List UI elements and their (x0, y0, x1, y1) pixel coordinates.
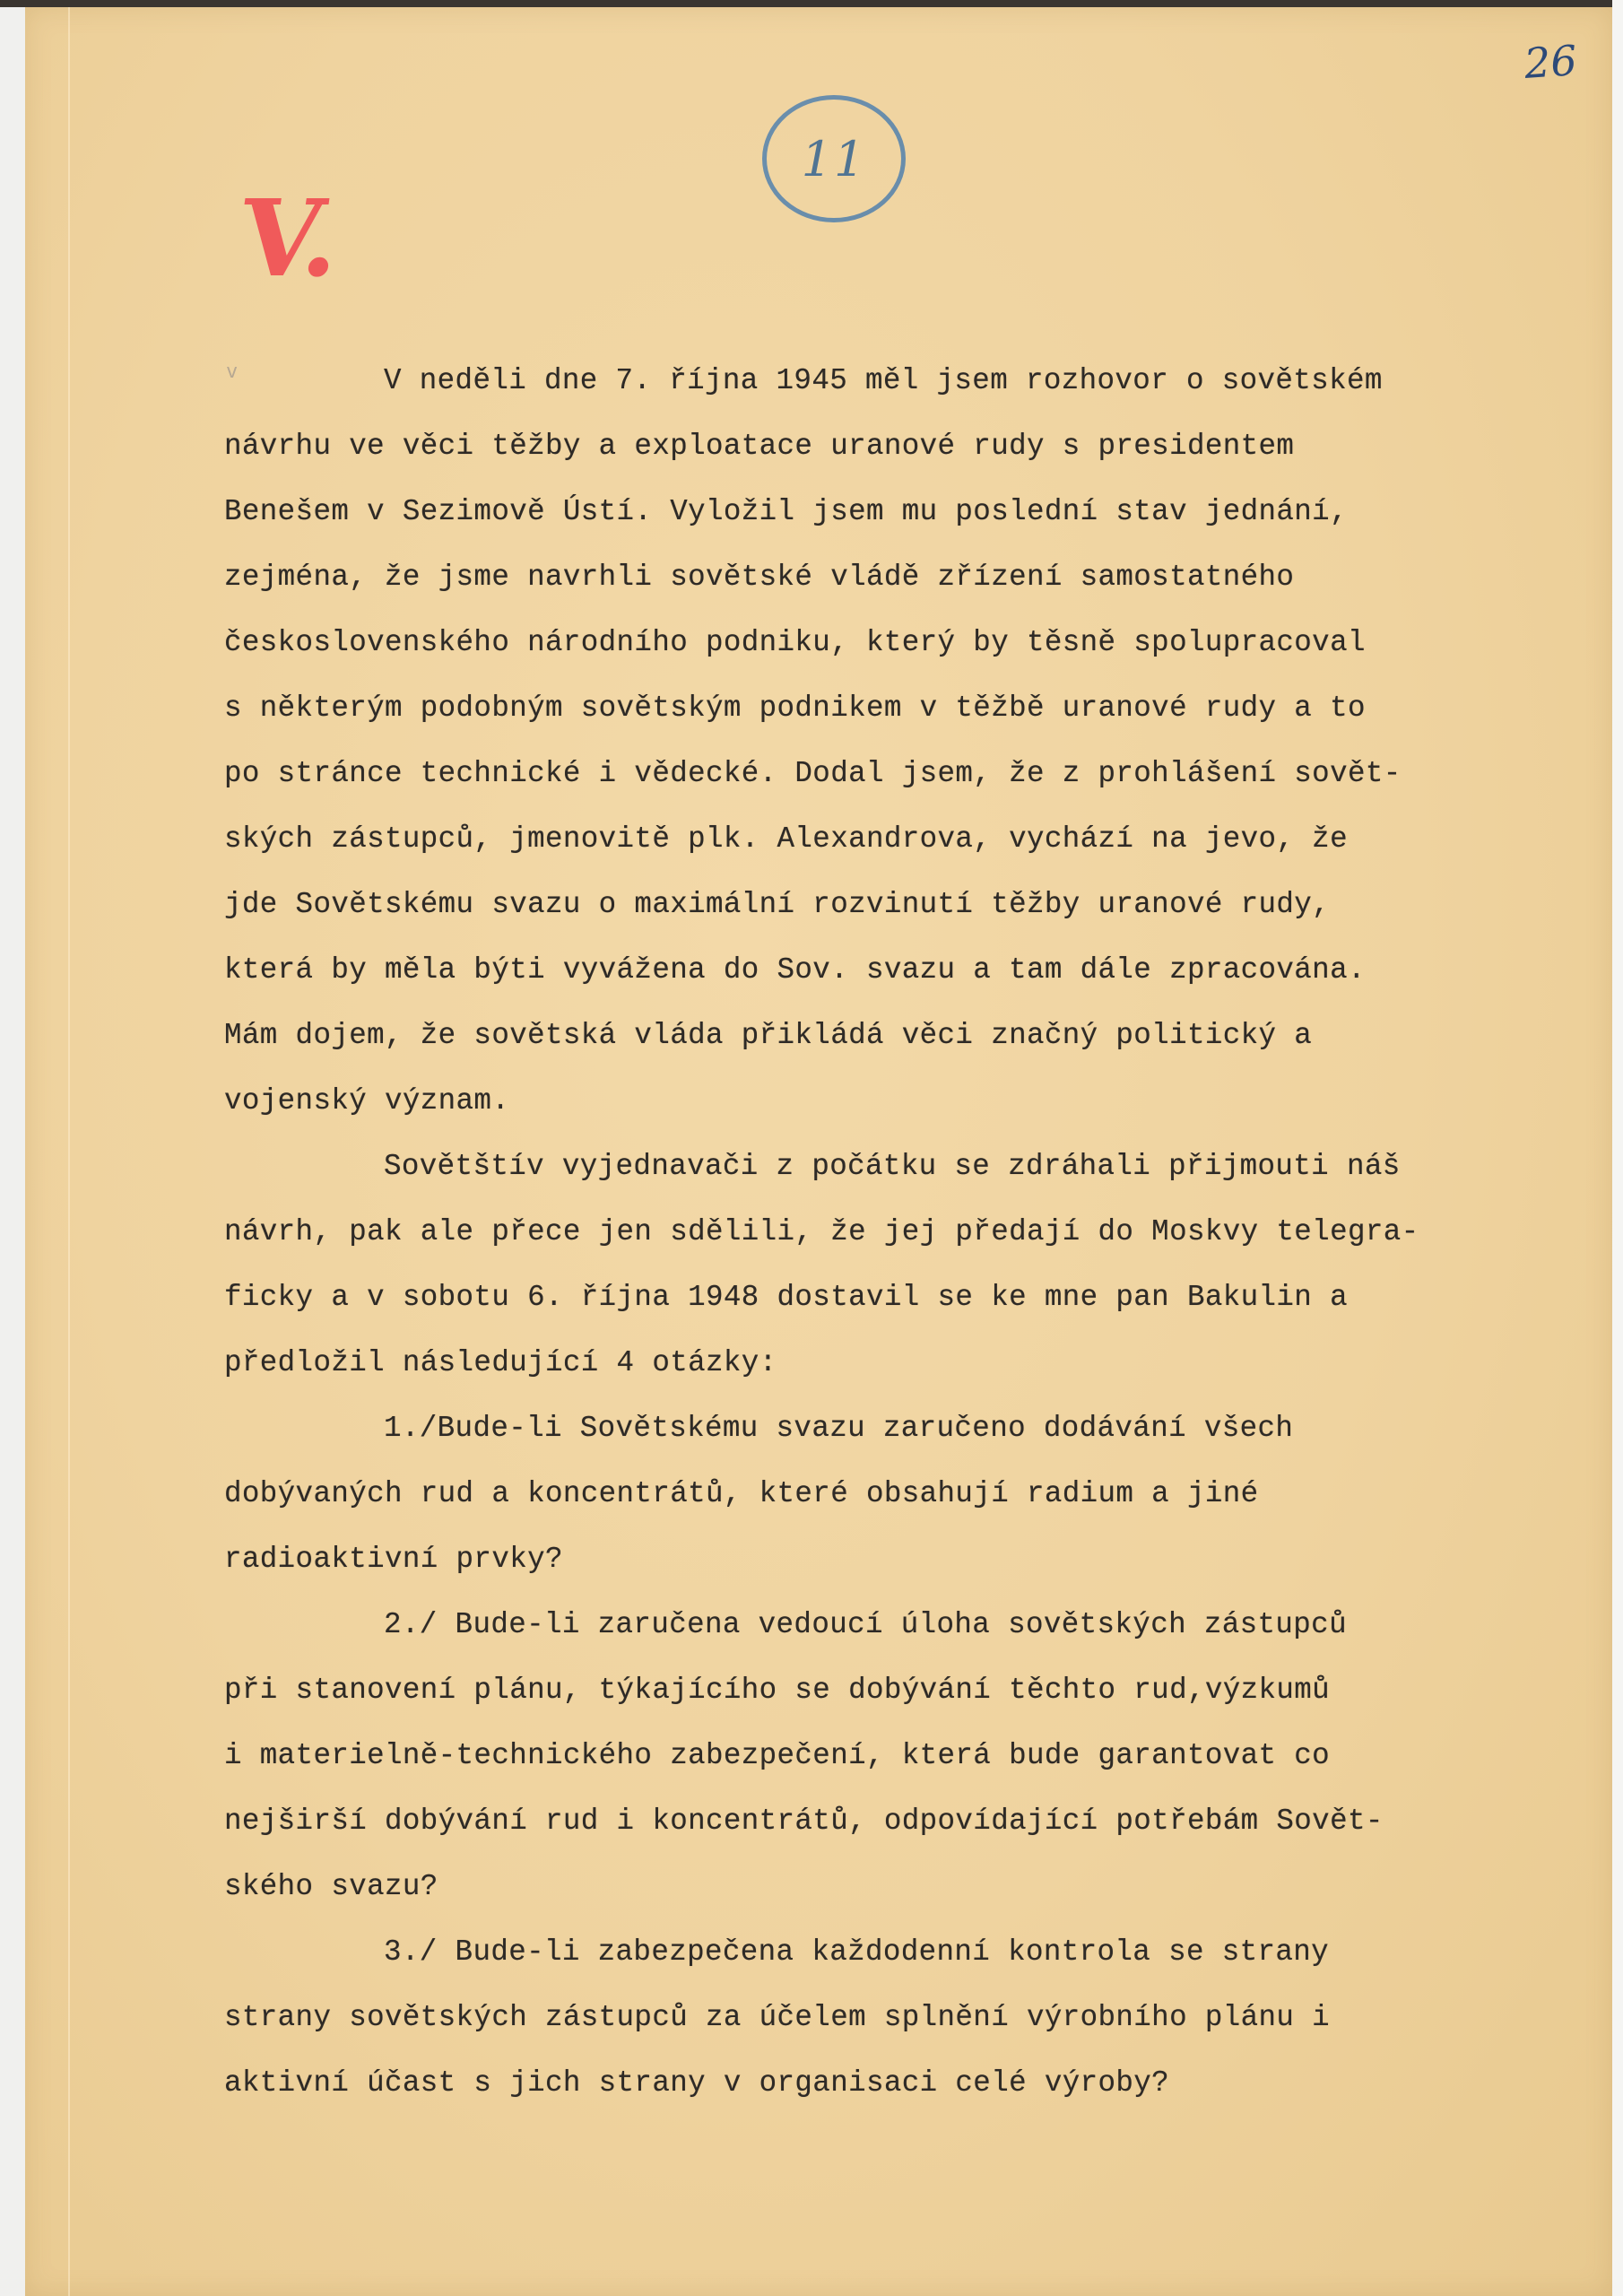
text-line: ficky a v sobotu 6. října 1948 dostavil … (224, 1280, 1348, 1316)
text-line: ských zástupců, jmenovitě plk. Alexandro… (224, 822, 1348, 857)
text-line: vojenský význam. (224, 1083, 509, 1119)
text-line: zejména, že jsme navrhli sovětské vládě … (224, 560, 1294, 596)
question-1-line: radioaktivní prvky? (224, 1542, 563, 1578)
text-line: návrhu ve věci těžby a exploatace uranov… (224, 429, 1294, 465)
handwritten-page-number: 26 (1523, 36, 1578, 88)
question-3-line: aktivní účast s jich strany v organisaci… (224, 2066, 1169, 2101)
question-3-line: 3./ Bude-li zabezpečena každodenní kontr… (384, 1935, 1329, 1970)
red-pencil-mark: V. (231, 176, 350, 300)
text-line: předložil následující 4 otázky: (224, 1345, 777, 1381)
paper-fold-line (68, 7, 70, 2296)
text-line: československého národního podniku, kter… (224, 625, 1366, 661)
question-2-line: při stanovení plánu, týkajícího se dobýv… (224, 1673, 1330, 1709)
text-line: Mám dojem, že sovětská vláda přikládá vě… (224, 1018, 1312, 1054)
margin-tick-mark: v (226, 361, 238, 383)
question-2-line: 2./ Bude-li zaručena vedoucí úloha sovět… (384, 1607, 1347, 1643)
circle-stamp: 11 (762, 95, 906, 222)
text-line: Benešem v Sezimově Ústí. Vyložil jsem mu… (224, 494, 1348, 530)
question-3-line: strany sovětských zástupců za účelem spl… (224, 2000, 1330, 2036)
question-2-line: ského svazu? (224, 1869, 438, 1905)
stamp-text: 11 (802, 131, 867, 187)
scan-top-border (0, 0, 1623, 7)
question-2-line: nejširší dobývání rud i koncentrátů, odp… (224, 1804, 1384, 1839)
text-line: která by měla býti vyvážena do Sov. svaz… (224, 952, 1366, 988)
text-line: s některým podobným sovětským podnikem v… (224, 691, 1366, 726)
question-1-line: dobývaných rud a koncentrátů, které obsa… (224, 1476, 1259, 1512)
scan-right-border (1612, 0, 1623, 2296)
text-line: V neděli dne 7. října 1945 měl jsem rozh… (384, 363, 1383, 399)
text-line: návrh, pak ale přece jen sdělili, že jej… (224, 1214, 1419, 1250)
question-1-line: 1./Bude-li Sovětskému svazu zaručeno dod… (384, 1411, 1293, 1447)
text-line: jde Sovětskému svazu o maximální rozvinu… (224, 887, 1330, 923)
question-2-line: i materielně-technického zabezpečení, kt… (224, 1738, 1330, 1774)
text-line: po stránce technické i vědecké. Dodal js… (224, 756, 1402, 792)
text-line: Sovětštív vyjednavači z počátku se zdráh… (384, 1149, 1401, 1185)
